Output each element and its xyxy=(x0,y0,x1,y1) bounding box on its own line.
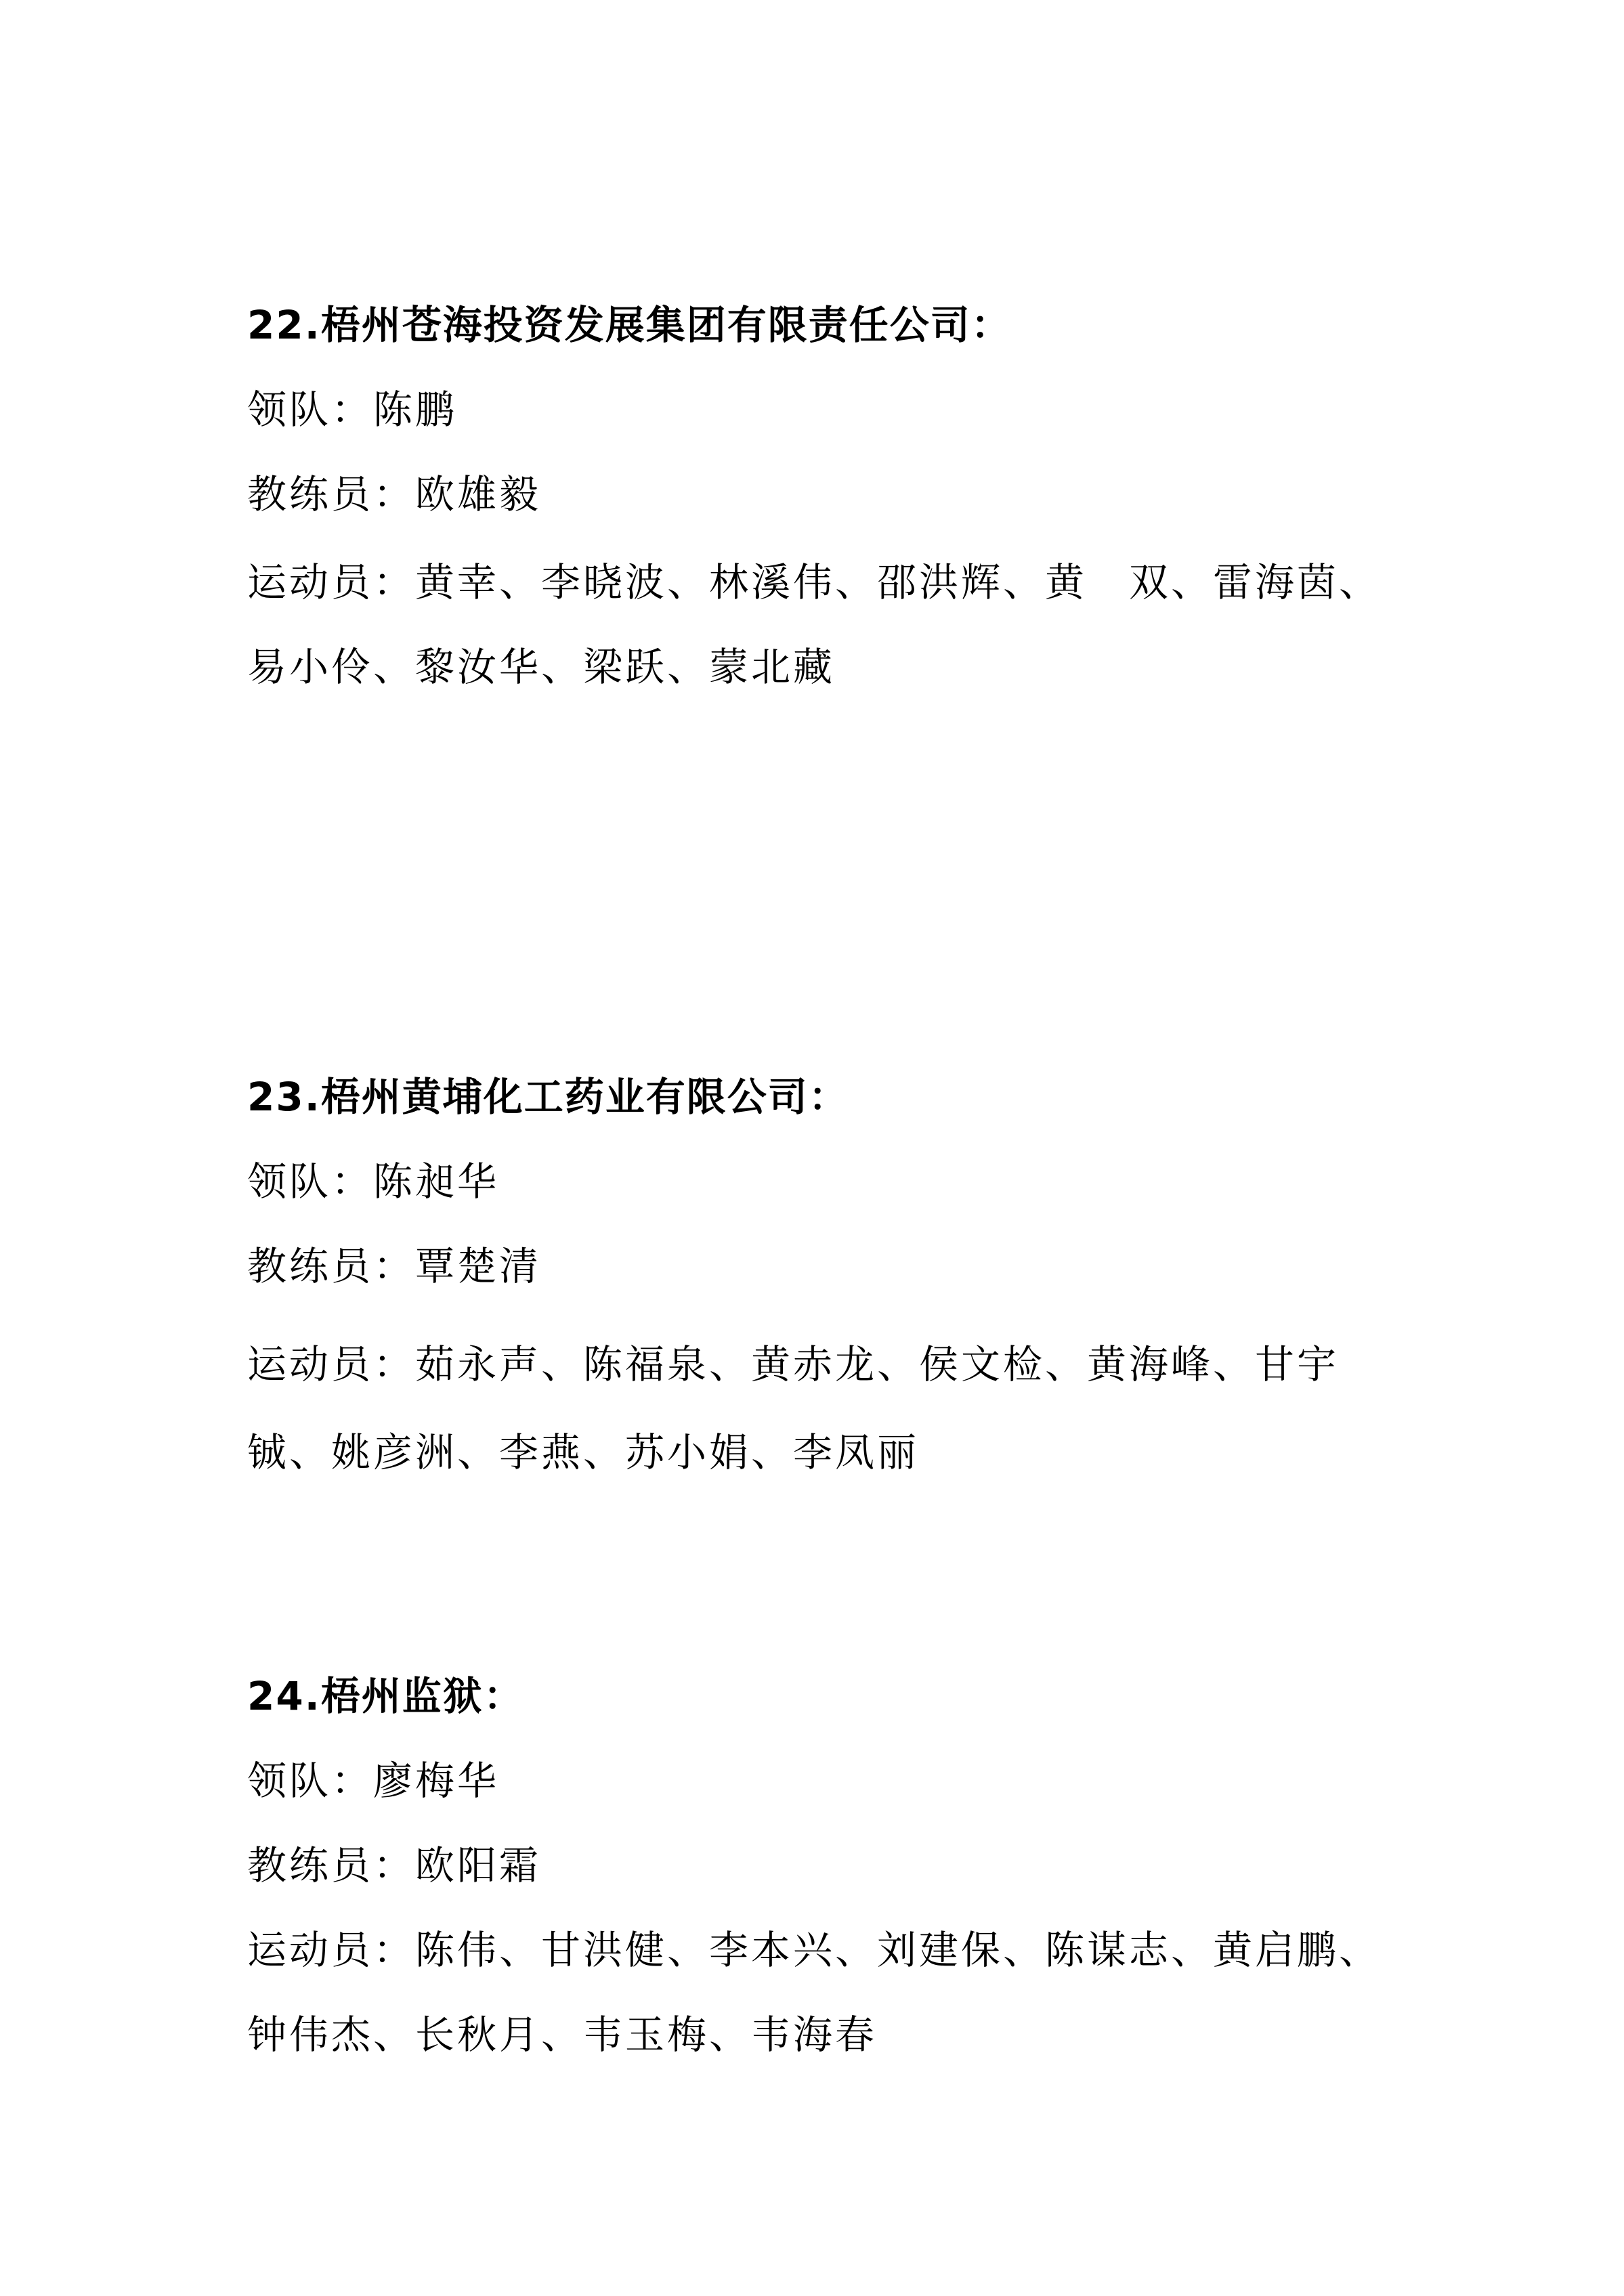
team-leader: 领队：廖梅华 xyxy=(247,1757,499,1804)
team-athletes-cont: 铖、姚彦洲、李燕、苏小娟、李凤丽 xyxy=(247,1429,919,1476)
team-athletes-cont: 易小伶、黎汝华、梁跃、蒙北藏 xyxy=(247,643,835,691)
team-leader: 领队：陈昶华 xyxy=(247,1158,499,1205)
team-athletes: 运动员：茹永声、陈福泉、黄赤龙、侯文检、黄海峰、甘宇 xyxy=(247,1341,1339,1388)
section-heading: 24.梧州监狱： xyxy=(247,1672,524,1720)
section-heading: 22.梧州苍海投资发展集团有限责任公司： xyxy=(247,301,1012,349)
team-coach: 教练员：欧阳霜 xyxy=(247,1842,541,1889)
team-athletes-cont: 钟伟杰、长秋月、韦玉梅、韦海春 xyxy=(247,2011,877,2058)
team-athletes: 运动员：陈伟、甘洪健、李本兴、刘建保、陈谋志、黄启鹏、 xyxy=(247,1926,1381,1974)
team-athletes: 运动员：黄幸、李晓波、林溪伟、邵洪辉、黄 双、雷海茵、 xyxy=(247,559,1381,606)
team-leader: 领队：陈鹏 xyxy=(247,386,457,433)
team-coach: 教练员：覃楚清 xyxy=(247,1242,541,1290)
team-coach: 教练员：欧雄毅 xyxy=(247,471,541,518)
document-page: 22.梧州苍海投资发展集团有限责任公司： 领队：陈鹏 教练员：欧雄毅 运动员：黄… xyxy=(0,0,1624,2296)
section-heading: 23.梧州黄埔化工药业有限公司： xyxy=(247,1073,849,1121)
